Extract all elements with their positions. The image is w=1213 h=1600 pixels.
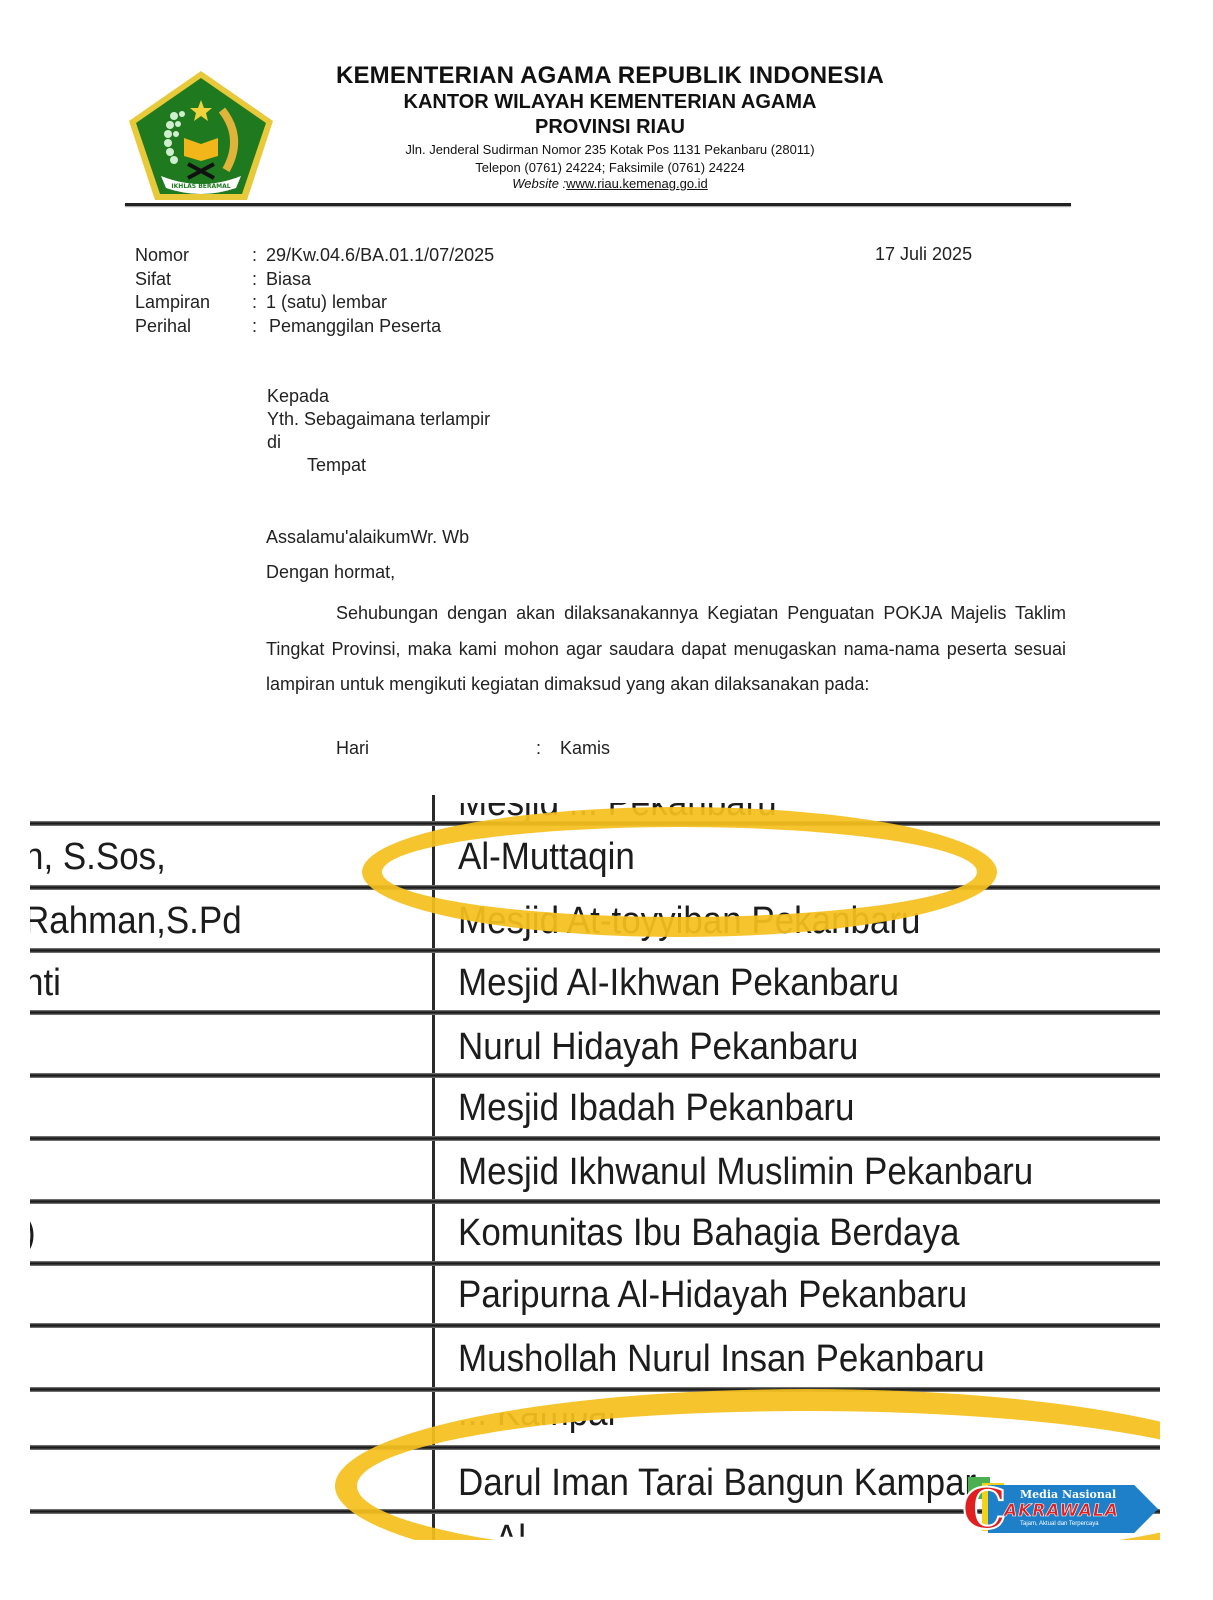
table-cell-institution: Darul Iman Tarai Bangun Kampar (458, 1461, 976, 1505)
table-cell-institution: Mesjid Al-Ikhwan Pekanbaru (458, 961, 899, 1005)
table-cell-name: Rahman,S.Pd (30, 899, 242, 943)
table-cell-institution: ... Kampar (458, 1391, 619, 1435)
province-name: PROVINSI RIAU (300, 115, 920, 140)
table-cell-institution: Mushollah Nurul Insan Pekanbaru (458, 1337, 985, 1381)
meta-row-lampiran: Lampiran:1 (satu) lembar (135, 291, 494, 315)
table-cell-institution: Mesjid Ibadah Pekanbaru (458, 1086, 854, 1130)
addressee: Kepada Yth. Sebagaimana terlampir di Tem… (267, 385, 490, 477)
body-paragraph: Sehubungan dengan akan dilaksanakannya K… (266, 596, 1066, 703)
letter-meta: Nomor:29/Kw.04.6/BA.01.1/07/2025 Sifat:B… (135, 244, 494, 338)
office-phone: Telepon (0761) 24224; Faksimile (0761) 2… (300, 160, 920, 176)
schedule-day: Hari : Kamis (336, 738, 610, 759)
media-watermark-logo: C Media Nasional AKRAWALA Tajam, Aktual … (962, 1477, 1158, 1541)
table-cell-institution: Paripurna Al-Hidayah Pekanbaru (458, 1273, 967, 1317)
table-cell-name: n, S.Sos, (30, 835, 166, 879)
meta-row-nomor: Nomor:29/Kw.04.6/BA.01.1/07/2025 (135, 244, 494, 268)
attachment-table-zoom: Mesjid ... Pekanbaru n, S.Sos, Al-Muttaq… (30, 795, 1160, 1540)
table-cell-name: nti (30, 961, 61, 1005)
meta-row-sifat: Sifat:Biasa (135, 268, 494, 292)
ministry-name: KEMENTERIAN AGAMA REPUBLIK INDONESIA (300, 62, 920, 90)
table-cell-institution: Nurul Hidayah Pekanbaru (458, 1025, 858, 1069)
table-cell-institution: Mesjid Ikhwanul Muslimin Pekanbaru (458, 1150, 1033, 1194)
table-cell-institution: Komunitas Ibu Bahagia Berdaya (458, 1211, 959, 1255)
table-cell-partial: ... Al-... (458, 1517, 567, 1540)
office-name: KANTOR WILAYAH KEMENTERIAN AGAMA (300, 90, 920, 115)
table-cell-name: ) (30, 1211, 36, 1255)
meta-row-perihal: Perihal:Pemanggilan Peserta (135, 315, 494, 339)
greeting: Assalamu'alaikumWr. Wb (266, 527, 469, 548)
office-address: Jln. Jenderal Sudirman Nomor 235 Kotak P… (300, 142, 920, 158)
table-cell-institution: Mesjid At-toyyiban Pekanbaru (458, 899, 921, 943)
letterhead: KEMENTERIAN AGAMA REPUBLIK INDONESIA KAN… (300, 62, 920, 192)
table-cell-name: i (30, 1401, 32, 1445)
letter-date: 17 Juli 2025 (875, 244, 972, 265)
table-cell-institution: Al-Muttaqin (458, 835, 635, 879)
kemenag-emblem-icon: IKHLAS BERAMAL (126, 68, 276, 203)
letterhead-divider (125, 203, 1071, 206)
column-divider (432, 795, 435, 1540)
salutation: Dengan hormat, (266, 562, 395, 583)
svg-text:IKHLAS BERAMAL: IKHLAS BERAMAL (171, 183, 230, 190)
website-link[interactable]: www.riau.kemenag.go.id (566, 176, 708, 191)
office-website: Website :www.riau.kemenag.go.id (300, 176, 920, 192)
